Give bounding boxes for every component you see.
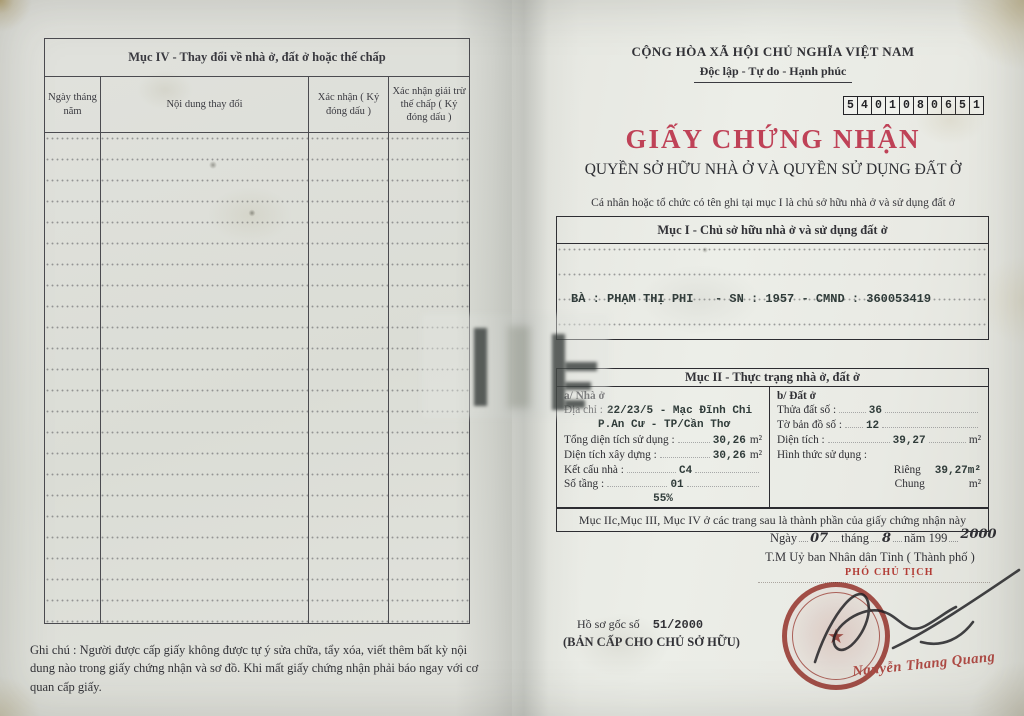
structure-value: C4 xyxy=(679,464,692,478)
address-line2: P.An Cư - TP/Cần Thơ xyxy=(598,418,730,432)
serial-digit: 0 xyxy=(872,96,886,115)
dotted-leader xyxy=(845,427,863,428)
dotted-leader xyxy=(627,472,676,473)
plot-label: Thửa đất số : xyxy=(777,403,836,417)
certificate-photo: Mục IV - Thay đổi về nhà ở, đất ở hoặc t… xyxy=(0,0,1024,716)
dotted-leader xyxy=(695,472,759,473)
dossier-label: Hồ sơ gốc số xyxy=(577,617,640,631)
serial-digit: 0 xyxy=(928,96,942,115)
structure-label: Kết cấu nhà : xyxy=(564,463,624,477)
date-prefix: Ngày xyxy=(770,531,797,546)
address-line1: 22/23/5 - Mạc Đĩnh Chi xyxy=(607,404,752,418)
muc4-body-col-date xyxy=(45,133,101,623)
muc2-body: a/ Nhà ở Địa chỉ : 22/23/5 - Mạc Đĩnh Ch… xyxy=(557,387,988,507)
muc-footer-strip: Mục IIc,Mục III, Mục IV ở các trang sau … xyxy=(556,508,989,532)
map-label: Tờ bản đồ số : xyxy=(777,418,842,432)
muc1-body: BÀ : PHẠM THỊ PHI - SN : 1957 - CMND : 3… xyxy=(557,244,988,339)
private-label: Riêng xyxy=(894,463,921,477)
dotted-leader xyxy=(660,457,710,458)
muc4-empty-rows xyxy=(45,133,469,623)
dotted-leader xyxy=(799,531,808,542)
shared-unit: m² xyxy=(969,477,981,491)
muc2-header: Mục II - Thực trạng nhà ở, đất ở xyxy=(557,369,988,387)
private-value: 39,27m² xyxy=(935,464,981,478)
floors-label: Số tầng : xyxy=(564,477,604,491)
muc2-box: Mục II - Thực trạng nhà ở, đất ở a/ Nhà … xyxy=(556,368,989,508)
serial-digit: 6 xyxy=(942,96,956,115)
total-area-value: 30,26 xyxy=(713,434,746,448)
dotted-leader xyxy=(678,442,710,443)
dotted-leader xyxy=(949,531,958,542)
certificate-title: GIẤY CHỨNG NHẬN xyxy=(556,124,990,155)
national-header: CỘNG HÒA XÃ HỘI CHỦ NGHĨA VIỆT NAM xyxy=(556,44,990,60)
motto-text: Độc lập - Tự do - Hạnh phúc xyxy=(694,64,853,83)
owner-copy-note: (BẢN CẤP CHO CHỦ SỞ HỮU) xyxy=(563,635,740,650)
built-area-label: Diện tích xây dựng : xyxy=(564,448,657,462)
col-header-confirm: Xác nhận ( Ký đóng dấu ) xyxy=(309,77,389,132)
watermark-stroke xyxy=(565,382,591,390)
dotted-leader xyxy=(871,531,880,542)
dotted-leader xyxy=(839,412,866,413)
floors-value: 01 xyxy=(670,478,683,492)
total-area-unit: m² xyxy=(750,433,762,447)
muc4-title: Mục IV - Thay đổi về nhà ở, đất ở hoặc t… xyxy=(45,39,469,77)
year-label: năm 199 xyxy=(904,531,947,546)
intro-line: Cá nhân hoặc tổ chức có tên ghi tại mục … xyxy=(556,197,990,209)
watermark-bar xyxy=(474,328,487,406)
watermark-stroke xyxy=(565,362,597,371)
dotted-leader xyxy=(828,442,890,443)
dotted-leader xyxy=(893,531,902,542)
watermark-soft-column xyxy=(508,326,530,408)
month-label: tháng xyxy=(841,531,869,546)
handwritten-month: 8 xyxy=(882,531,891,546)
land-area-value: 39,27 xyxy=(893,434,926,448)
plot-value: 36 xyxy=(869,404,882,418)
serial-digit: 5 xyxy=(956,96,970,115)
muc4-body-col-confirm xyxy=(309,133,389,623)
handwritten-day: 07 xyxy=(810,531,828,546)
blurred-watermark xyxy=(428,320,603,412)
dotted-leader xyxy=(687,486,759,487)
watermark-stroke xyxy=(565,400,585,408)
dotted-leader xyxy=(607,486,667,487)
certificate-subtitle: QUYỀN SỞ HỮU NHÀ Ở VÀ QUYỀN SỬ DỤNG ĐẤT … xyxy=(556,161,990,179)
use-type-label: Hình thức sử dụng : xyxy=(777,448,867,462)
shared-label: Chung xyxy=(895,477,925,491)
muc4-body-col-content xyxy=(101,133,309,623)
dossier-line: Hồ sơ gốc số 51/2000 xyxy=(577,617,703,632)
dotted-leader xyxy=(885,412,978,413)
muc1-box: Mục I - Chủ sở hữu nhà ở và sử dụng đất … xyxy=(556,216,989,340)
dossier-value: 51/2000 xyxy=(653,618,703,632)
dotted-leader xyxy=(830,531,839,542)
built-area-unit: m² xyxy=(750,448,762,462)
built-area-value: 30,26 xyxy=(713,449,746,463)
land-area-unit: m² xyxy=(969,433,981,447)
col-header-date: Ngày tháng năm xyxy=(45,77,101,132)
dotted-leader xyxy=(929,442,966,443)
muc4-table: Mục IV - Thay đổi về nhà ở, đất ở hoặc t… xyxy=(44,38,470,624)
serial-digit: 1 xyxy=(886,96,900,115)
serial-digit: 8 xyxy=(914,96,928,115)
serial-digit: 4 xyxy=(858,96,872,115)
serial-digit: 1 xyxy=(970,96,984,115)
dotted-leader xyxy=(882,427,978,428)
serial-number-boxes: 5 4 0 1 0 8 0 6 5 1 xyxy=(843,96,984,115)
col-header-content: Nội dung thay đổi xyxy=(101,77,309,132)
owner-line: BÀ : PHẠM THỊ PHI - SN : 1957 - CMND : 3… xyxy=(571,292,931,306)
watermark-bar xyxy=(552,334,565,410)
total-area-label: Tổng diện tích sử dụng : xyxy=(564,433,675,447)
col-header-release: Xác nhận giải trừ thế chấp ( Ký đóng dấu… xyxy=(389,77,469,132)
muc1-header: Mục I - Chủ sở hữu nhà ở và sử dụng đất … xyxy=(557,217,988,244)
serial-digit: 5 xyxy=(843,96,858,115)
issue-date-line: Ngày 07 tháng 8 năm 199 2000 xyxy=(770,531,1000,546)
handwritten-year: 2000 xyxy=(960,527,996,542)
national-motto: Độc lập - Tự do - Hạnh phúc xyxy=(556,64,990,83)
muc4-header-row: Ngày tháng năm Nội dung thay đổi Xác nhậ… xyxy=(45,77,469,133)
ghi-chu-note: Ghi chú : Người được cấp giấy không được… xyxy=(30,641,488,697)
percent-value: 55% xyxy=(653,492,673,506)
land-area-label: Diện tích : xyxy=(777,433,825,447)
land-heading: b/ Đất ở xyxy=(777,389,816,403)
map-value: 12 xyxy=(866,419,879,433)
serial-digit: 0 xyxy=(900,96,914,115)
land-column: b/ Đất ở Thửa đất số : 36 Tờ bản đồ số :… xyxy=(770,387,988,507)
